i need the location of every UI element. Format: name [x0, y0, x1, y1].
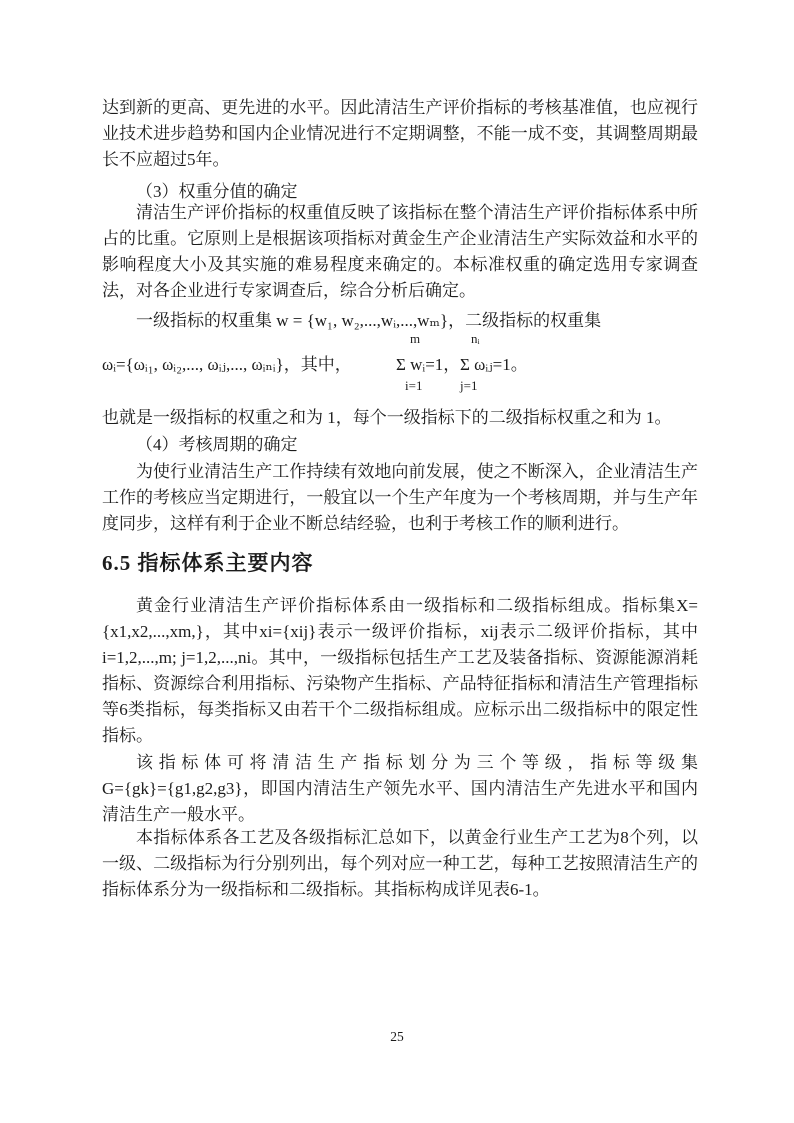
- formula-second-level-set: ωᵢ={ωᵢ₁, ωᵢ₂,..., ωᵢⱼ,..., ωᵢₙᵢ}，其中，: [102, 352, 352, 378]
- paragraph-assessment-cycle: 为使行业清洁生产工作持续有效地向前发展，使之不断深入，企业清洁生产工作的考核应当…: [102, 459, 698, 537]
- page-number: 25: [0, 1028, 794, 1046]
- paragraph-grade-classification-line1: 该指标体可将清洁生产指标划分为三个等级，指标等级集: [102, 750, 698, 776]
- item-label-assessment-cycle: （4）考核周期的确定: [102, 432, 698, 458]
- formula-sum1-expression: Σ wᵢ=1，: [396, 352, 460, 378]
- formula-sum2-expression: Σ ωᵢⱼ=1。: [460, 352, 528, 378]
- formula-sum1-lower-limit: i=1: [405, 379, 422, 393]
- section-heading-6-5: 6.5 指标体系主要内容: [102, 547, 314, 577]
- paragraph-grade-classification: 该指标体可将清洁生产指标划分为三个等级，指标等级集 G={gk}={g1,g2,…: [102, 750, 698, 828]
- paragraph-weight-sum-note: 也就是一级指标的权重之和为 1，每个一级指标下的二级指标权重之和为 1。: [102, 405, 698, 431]
- formula-sum2-upper-limit: nᵢ: [471, 332, 480, 346]
- paragraph-process-summary: 本指标体系各工艺及各级指标汇总如下，以黄金行业生产工艺为8个列，以一级、二级指标…: [102, 825, 698, 903]
- formula-sum2-lower-limit: j=1: [460, 379, 477, 393]
- document-page: 达到新的更高、更先进的水平。因此清洁生产评价指标的考核基准值，也应视行业技术进步…: [0, 0, 794, 1123]
- paragraph-indicator-system: 黄金行业清洁生产评价指标体系由一级指标和二级指标组成。指标集X={x1,x2,.…: [102, 593, 698, 749]
- formula-first-level-set: 一级指标的权重集 w = {w₁, w₂,...,wᵢ,...,wₘ}，二级指标…: [136, 308, 601, 334]
- paragraph-grade-classification-rest: G={gk}={g1,g2,g3}，即国内清洁生产领先水平、国内清洁生产先进水平…: [102, 776, 698, 828]
- formula-sum1-upper-limit: m: [410, 332, 420, 346]
